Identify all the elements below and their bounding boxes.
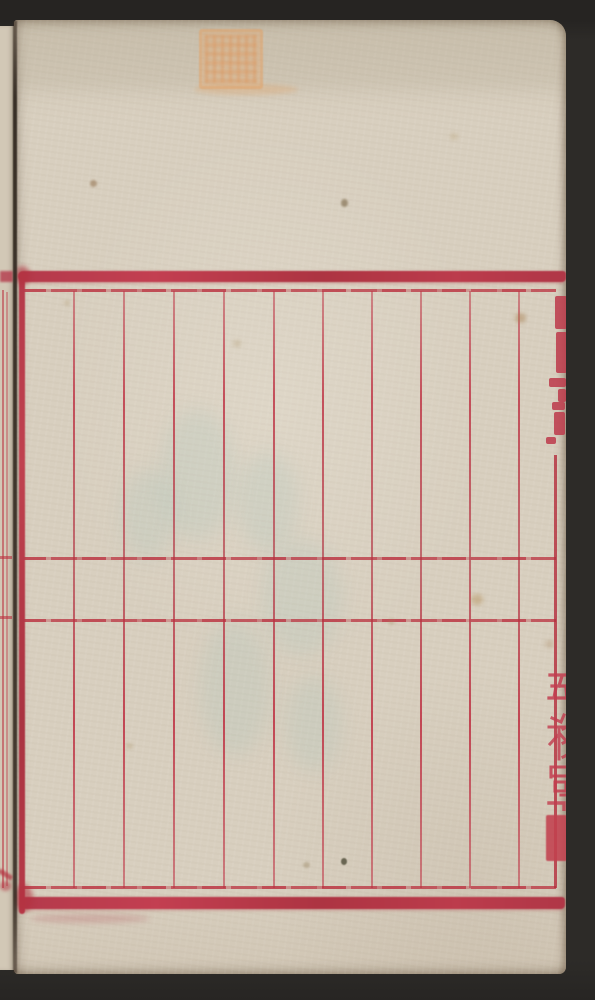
edge-print-smudge xyxy=(552,402,565,410)
seal-stamp xyxy=(199,29,263,89)
page-surface xyxy=(14,20,566,974)
edge-print-smudge xyxy=(549,378,566,387)
bottom-rule xyxy=(22,886,556,889)
foxing-spot xyxy=(126,743,133,749)
edge-solid-block xyxy=(546,815,566,861)
edge-char-wu xyxy=(546,670,566,702)
column-rule xyxy=(273,291,275,888)
column-rule xyxy=(371,291,373,888)
edge-print-smudge xyxy=(546,437,556,444)
previous-page-top-border xyxy=(0,271,13,282)
manuscript-page xyxy=(14,20,566,974)
foxing-spot xyxy=(450,133,458,140)
foxing-spot xyxy=(303,862,310,868)
foxing-spot xyxy=(341,199,348,207)
foxing-spot xyxy=(30,914,150,923)
edge-print-smudge xyxy=(556,332,566,373)
book-scan xyxy=(0,0,595,1000)
top-rule xyxy=(22,289,556,292)
corner-smear xyxy=(14,884,33,912)
previous-page-mid-rule xyxy=(0,556,12,559)
column-rule xyxy=(322,291,324,888)
edge-char-cai xyxy=(545,712,566,762)
left-border-rule xyxy=(19,272,25,914)
column-rule xyxy=(73,291,75,888)
edge-print-smudge xyxy=(554,412,565,435)
column-rule xyxy=(123,291,125,888)
foxing-spot xyxy=(90,180,97,187)
column-rule xyxy=(518,291,520,888)
top-edge-shading xyxy=(14,20,566,90)
foxing-spot xyxy=(471,594,483,605)
mid-rule xyxy=(22,557,556,560)
ink-showthrough xyxy=(238,452,298,552)
column-rule xyxy=(469,291,471,888)
previous-page-rule xyxy=(2,290,4,888)
top-border-band xyxy=(18,271,566,282)
previous-page-mid-rule xyxy=(0,616,12,619)
foxing-spot xyxy=(341,858,347,865)
book-gutter-shadow xyxy=(13,21,17,973)
foxing-spot xyxy=(388,619,395,625)
edge-char-ju xyxy=(546,762,566,800)
foxing-spot xyxy=(545,640,554,648)
foxing-spot xyxy=(233,340,241,347)
column-rule xyxy=(173,291,175,888)
edge-bracket-mark xyxy=(547,799,566,811)
ink-showthrough xyxy=(200,620,270,755)
column-rule xyxy=(223,291,225,888)
ink-showthrough xyxy=(120,470,175,560)
corner-smear xyxy=(15,266,30,285)
seal-glyph-texture xyxy=(205,35,257,83)
previous-page-bottom-smear xyxy=(0,881,11,891)
foxing-spot xyxy=(64,300,70,306)
bottom-border-band xyxy=(20,897,565,909)
edge-print-smudge xyxy=(555,296,566,329)
mid-rule xyxy=(22,619,556,622)
foxing-spot xyxy=(194,84,298,95)
edge-print-smudge xyxy=(558,389,566,402)
ink-showthrough xyxy=(286,676,341,771)
column-rule xyxy=(420,291,422,888)
previous-page-rule xyxy=(6,292,8,886)
foxing-spot xyxy=(515,313,526,323)
